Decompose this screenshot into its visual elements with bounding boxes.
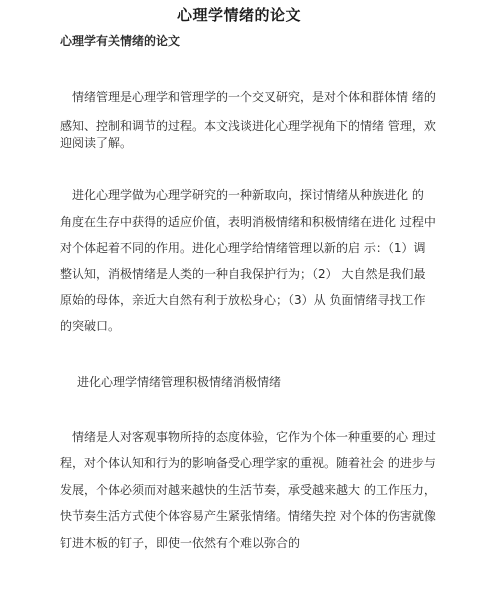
document-title: 心理学情绪的论文	[0, 4, 478, 25]
paragraph-line: 进化心理学做为心理学研究的一种新取向，探讨情绪从种族进化 的	[72, 187, 422, 203]
document-subtitle: 心理学有关情绪的论文	[60, 32, 180, 49]
paragraph-line: 迎阅读了解。	[60, 135, 422, 151]
paragraph-line: 原始的母体，亲近大自然有利于放松身心；（3）从 负面情绪寻找工作	[60, 292, 422, 308]
paragraph-line: 钉进木板的钉子，即使一依然有个难以弥合的	[60, 535, 422, 551]
paragraph-line: 角度在生存中获得的适应价值，表明消极情绪和积极情绪在进化 过程中	[60, 214, 422, 230]
paragraph-line: 的突破口。	[60, 318, 422, 334]
paragraph-line: 发展，个体必须而对越来越快的生活节奏，承受越来越大 的工作压力，	[60, 482, 422, 498]
paragraph-line: 情绪是人对客观事物所持的态度体验，它作为个体一种重要的心 理过	[72, 429, 422, 445]
paragraph-line: 对个体起着不同的作用。进化心理学给情绪管理以新的启 示：（1）调	[60, 240, 422, 256]
paragraph-line: 程，对个体认知和行为的影响备受心理学家的重视。随着社会 的进步与	[60, 455, 422, 471]
paragraph-line: 快节奏生活方式使个体容易产生紧张情绪。情绪失控 对个体的伤害就像	[60, 508, 422, 524]
paragraph-line: 感知、控制和调节的过程。本文浅谈进化心理学视角下的情绪 管理，欢	[60, 118, 422, 134]
section-heading: 进化心理学情绪管理积极情绪消极情绪	[77, 373, 281, 390]
paragraph-line: 情绪管理是心理学和管理学的一个交叉研究，是对个体和群体情 绪的	[72, 89, 422, 105]
paragraph-line: 整认知，消极情绪是人类的一种自我保护行为；（2） 大自然是我们最	[60, 266, 422, 282]
